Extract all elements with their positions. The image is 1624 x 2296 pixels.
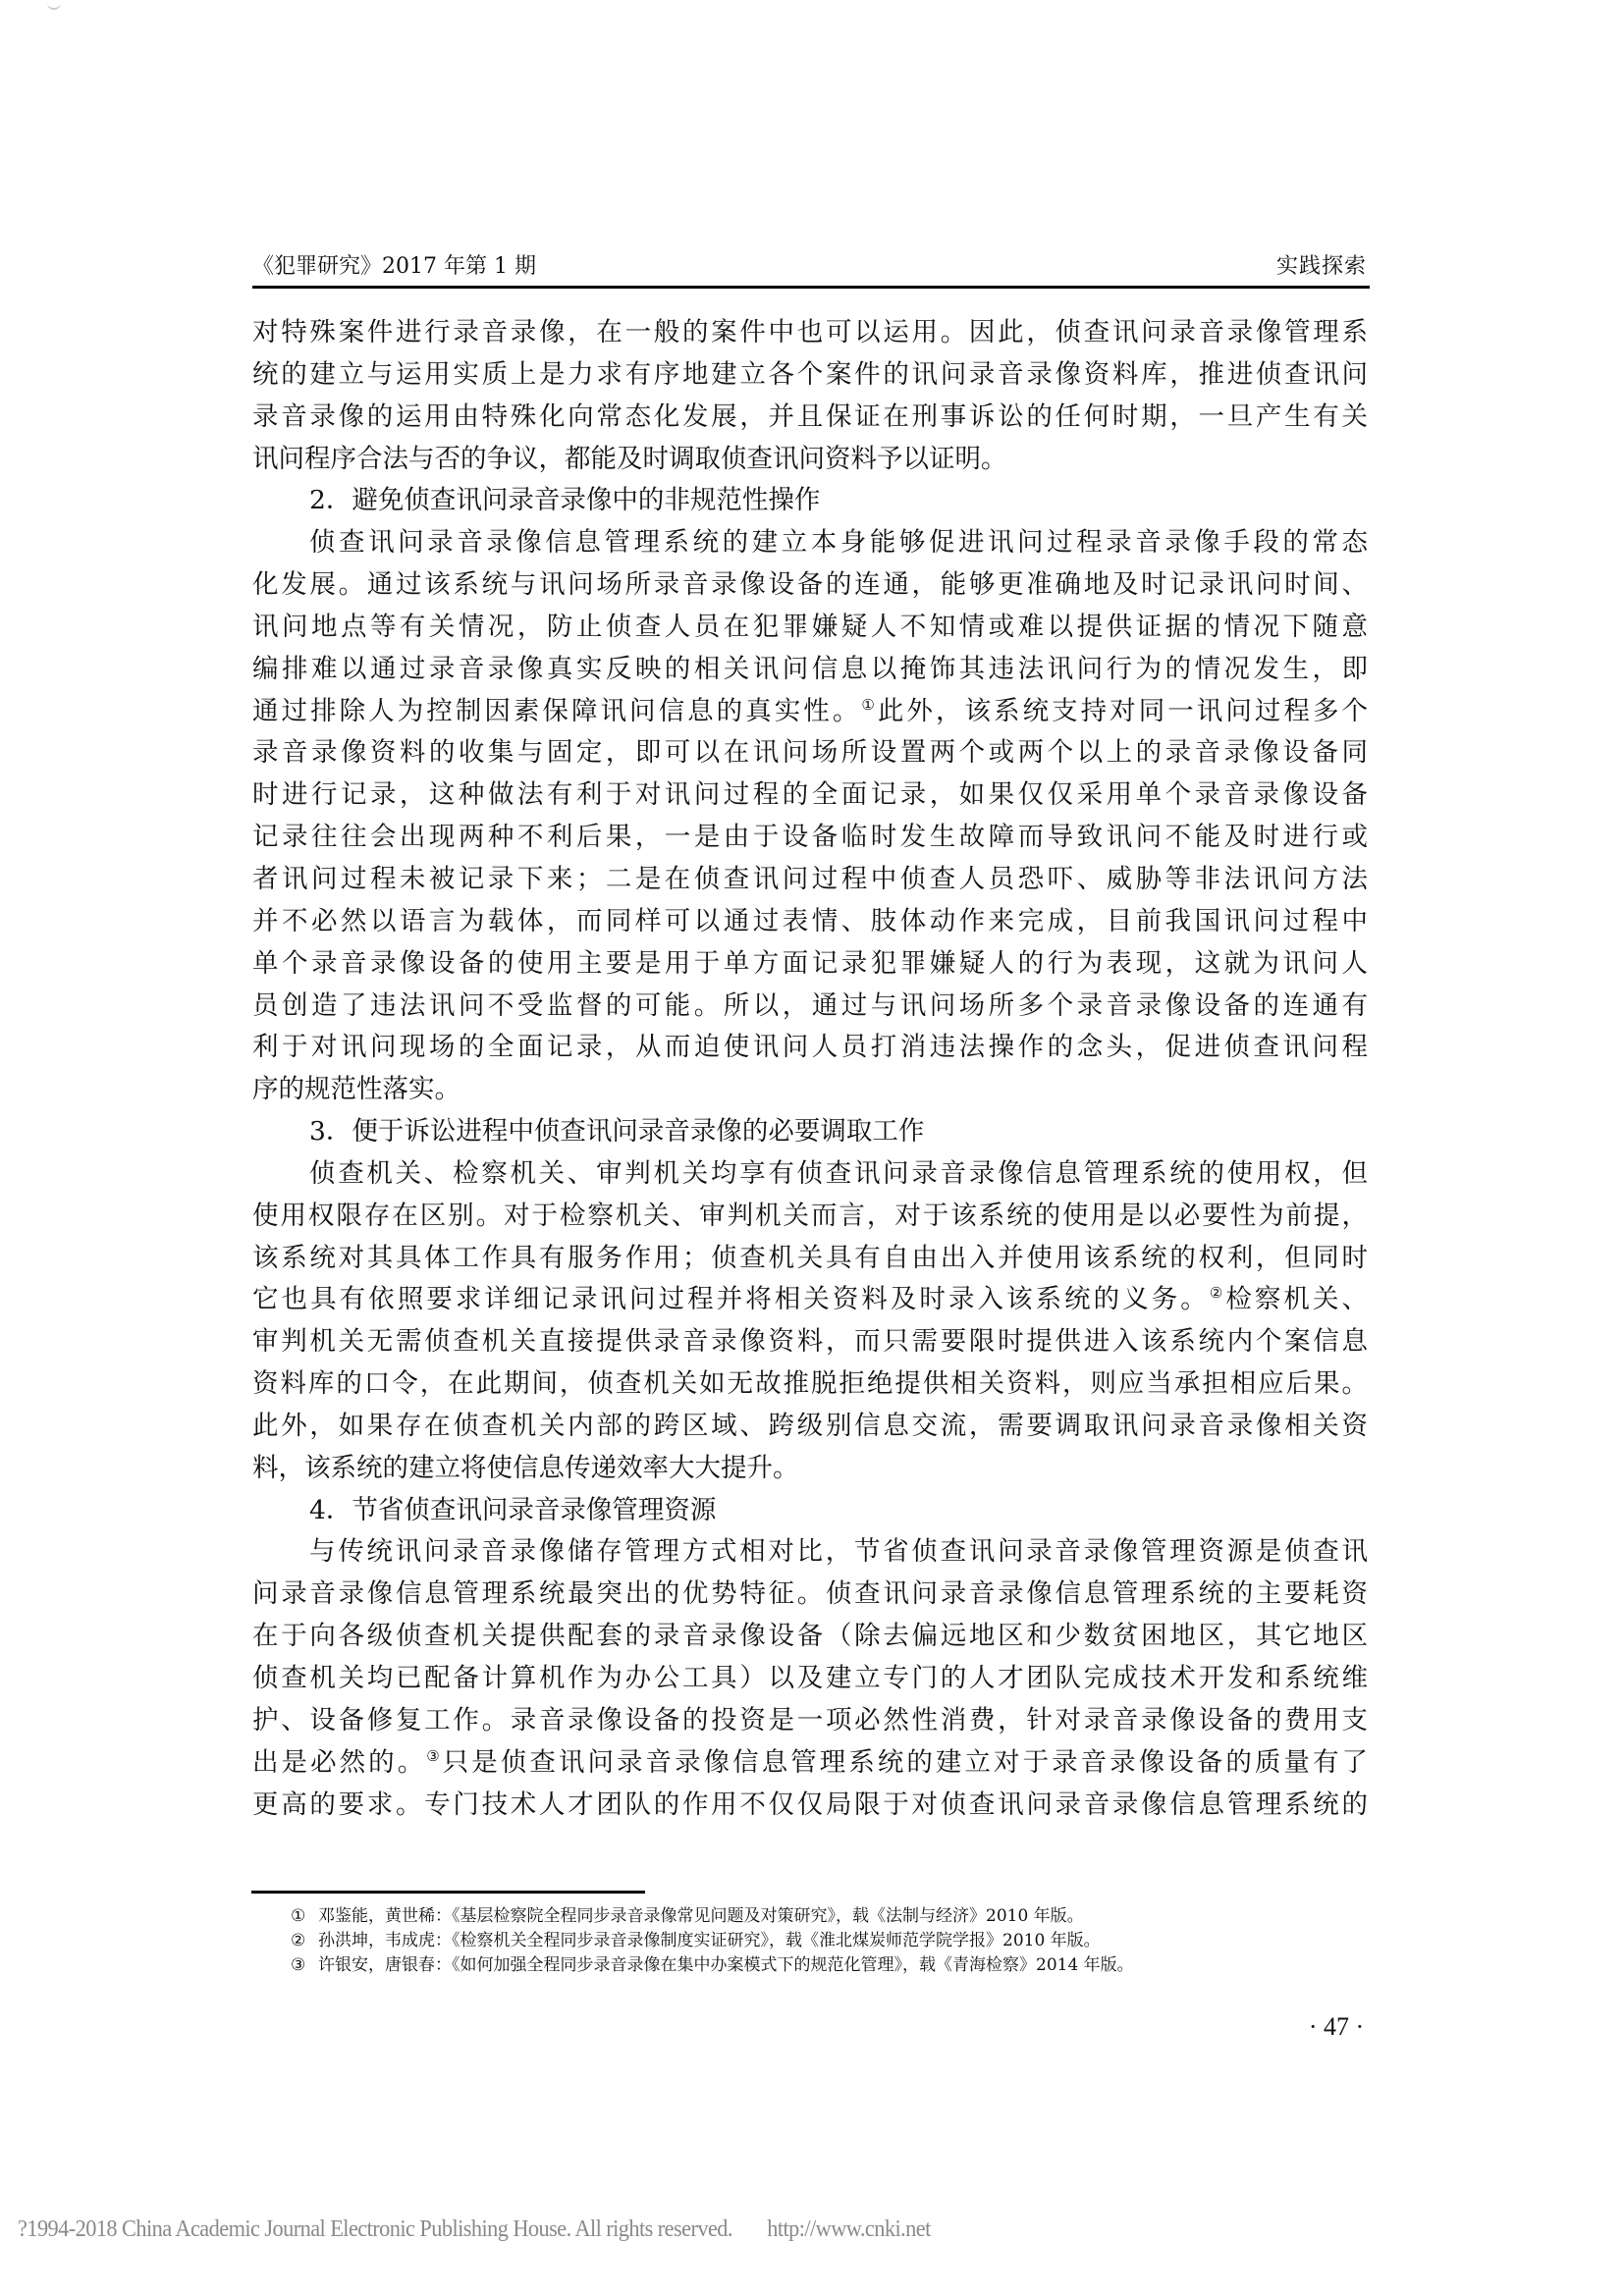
footnote-text: 孙洪坤，韦成虎：《检察机关全程同步录音录像制度实证研究》，载《淮北煤炭师范学院学… bbox=[318, 1931, 1101, 1950]
footnotes: ①邓鉴能，黄世稀：《基层检察院全程同步录音录像常见问题及对策研究》，载《法制与经… bbox=[291, 1904, 1134, 1978]
body-line: 侦查讯问录音录像信息管理系统的建立本身能够促进讯问过程录音录像手段的常态 bbox=[252, 522, 1368, 564]
scan-artifact bbox=[47, 0, 61, 10]
body-line: 编排难以通过录音录像真实反映的相关讯问信息以掩饰其违法讯问行为的情况发生，即 bbox=[252, 649, 1368, 691]
footnote-ref[interactable]: ③ bbox=[426, 1747, 443, 1765]
body-line: 时进行记录，这种做法有利于对讯问过程的全面记录，如果仅仅采用单个录音录像设备 bbox=[252, 774, 1368, 817]
body-line: 记录往往会出现两种不利后果，一是由于设备临时发生故障而导致讯问不能及时进行或 bbox=[252, 817, 1368, 859]
body-line: 讯问程序合法与否的争议，都能及时调取侦查讯问资料予以证明。 bbox=[252, 439, 1368, 481]
body-line: 资料库的口令，在此期间，侦查机关如无故推脱拒绝提供相关资料，则应当承担相应后果。 bbox=[252, 1363, 1368, 1406]
body-line: 者讯问过程未被记录下来；二是在侦查讯问过程中侦查人员恐吓、威胁等非法讯问方法 bbox=[252, 859, 1368, 901]
body-line: 该系统对其具体工作具有服务作用；侦查机关具有自由出入并使用该系统的权利，但同时 bbox=[252, 1238, 1368, 1280]
footnote-mark: ③ bbox=[291, 1953, 318, 1978]
copyright-footer: ?1994-2018 China Academic Journal Electr… bbox=[18, 2216, 931, 2243]
body-text: 对特殊案件进行录音录像，在一般的案件中也可以运用。因此，侦查讯问录音录像管理系统… bbox=[252, 312, 1368, 1826]
footnote-mark: ① bbox=[291, 1904, 318, 1929]
body-line: 侦查机关均已配备计算机作为办公工具）以及建立专门的人才团队完成技术开发和系统维 bbox=[252, 1658, 1368, 1700]
section-title: 实践探索 bbox=[1276, 253, 1367, 281]
body-line: 在于向各级侦查机关提供配套的录音录像设备（除去偏远地区和少数贫困地区，其它地区 bbox=[252, 1616, 1368, 1658]
body-line: 审判机关无需侦查机关直接提供录音录像资料，而只需要限时提供进入该系统内个案信息 bbox=[252, 1321, 1368, 1363]
body-line: 此外，如果存在侦查机关内部的跨区域、跨级别信息交流，需要调取讯问录音录像相关资 bbox=[252, 1406, 1368, 1448]
body-line: 讯问地点等有关情况，防止侦查人员在犯罪嫌疑人不知情或难以提供证据的情况下随意 bbox=[252, 607, 1368, 649]
body-line: 问录音录像信息管理系统最突出的优势特征。侦查讯问录音录像信息管理系统的主要耗资 bbox=[252, 1574, 1368, 1616]
body-line: 录音录像的运用由特殊化向常态化发展，并且保证在刑事诉讼的任何时期，一旦产生有关 bbox=[252, 397, 1368, 439]
body-line: 更高的要求。专门技术人才团队的作用不仅仅局限于对侦查讯问录音录像信息管理系统的 bbox=[252, 1785, 1368, 1827]
running-head: 《犯罪研究》2017 年第 1 期 实践探索 bbox=[252, 253, 1367, 283]
body-line: 它也具有依照要求详细记录讯问过程并将相关资料及时录入该系统的义务。②检察机关、 bbox=[252, 1279, 1368, 1321]
header-rule bbox=[252, 286, 1370, 289]
body-line: 料，该系统的建立将使信息传递效率大大提升。 bbox=[252, 1448, 1368, 1490]
body-line: 单个录音录像设备的使用主要是用于单方面记录犯罪嫌疑人的行为表现，这就为讯问人 bbox=[252, 943, 1368, 986]
footnote-ref[interactable]: ① bbox=[861, 696, 878, 714]
footnote-item: ③许银安，唐银春：《如何加强全程同步录音录像在集中办案模式下的规范化管理》，载《… bbox=[291, 1953, 1134, 1978]
body-line: 护、设备修复工作。录音录像设备的投资是一项必然性消费，针对录音录像设备的费用支 bbox=[252, 1700, 1368, 1742]
body-line: 使用权限存在区别。对于检察机关、审判机关而言，对于该系统的使用是以必要性为前提， bbox=[252, 1196, 1368, 1238]
body-line: 通过排除人为控制因素保障讯问信息的真实性。①此外，该系统支持对同一讯问过程多个 bbox=[252, 691, 1368, 733]
journal-issue: 《犯罪研究》2017 年第 1 期 bbox=[252, 253, 536, 281]
page-number: · 47 · bbox=[1304, 2012, 1369, 2042]
body-line: 员创造了违法讯问不受监督的可能。所以，通过与讯问场所多个录音录像设备的连通有 bbox=[252, 986, 1368, 1028]
section-heading: 4．节省侦查讯问录音录像管理资源 bbox=[252, 1490, 1368, 1532]
body-line: 侦查机关、检察机关、审判机关均享有侦查讯问录音录像信息管理系统的使用权，但 bbox=[252, 1153, 1368, 1196]
footnote-text: 邓鉴能，黄世稀：《基层检察院全程同步录音录像常见问题及对策研究》，载《法制与经济… bbox=[318, 1906, 1084, 1926]
body-line: 并不必然以语言为载体，而同样可以通过表情、肢体动作来完成，目前我国讯问过程中 bbox=[252, 901, 1368, 943]
body-line: 与传统讯问录音录像储存管理方式相对比，节省侦查讯问录音录像管理资源是侦查讯 bbox=[252, 1531, 1368, 1574]
body-line: 利于对讯问现场的全面记录，从而迫使讯问人员打消违法操作的念头，促进侦查讯问程 bbox=[252, 1027, 1368, 1069]
body-line: 统的建立与运用实质上是力求有序地建立各个案件的讯问录音录像资料库，推进侦查讯问 bbox=[252, 354, 1368, 397]
cnki-link[interactable]: http://www.cnki.net bbox=[767, 2216, 930, 2242]
body-line: 化发展。通过该系统与讯问场所录音录像设备的连通，能够更准确地及时记录讯问时间、 bbox=[252, 564, 1368, 607]
body-line: 序的规范性落实。 bbox=[252, 1069, 1368, 1111]
section-heading: 3．便于诉讼进程中侦查讯问录音录像的必要调取工作 bbox=[252, 1111, 1368, 1153]
copyright-text: ?1994-2018 China Academic Journal Electr… bbox=[18, 2216, 732, 2242]
footnote-item: ②孙洪坤，韦成虎：《检察机关全程同步录音录像制度实证研究》，载《淮北煤炭师范学院… bbox=[291, 1929, 1134, 1953]
section-heading: 2．避免侦查讯问录音录像中的非规范性操作 bbox=[252, 480, 1368, 522]
body-line: 录音录像资料的收集与固定，即可以在讯问场所设置两个或两个以上的录音录像设备同 bbox=[252, 732, 1368, 774]
footnote-mark: ② bbox=[291, 1929, 318, 1953]
footnote-rule bbox=[251, 1891, 645, 1894]
body-line: 对特殊案件进行录音录像，在一般的案件中也可以运用。因此，侦查讯问录音录像管理系 bbox=[252, 312, 1368, 354]
footnote-item: ①邓鉴能，黄世稀：《基层检察院全程同步录音录像常见问题及对策研究》，载《法制与经… bbox=[291, 1904, 1134, 1929]
body-line: 出是必然的。③只是侦查讯问录音录像信息管理系统的建立对于录音录像设备的质量有了 bbox=[252, 1742, 1368, 1785]
footnote-ref[interactable]: ② bbox=[1210, 1284, 1226, 1302]
footnote-text: 许银安，唐银春：《如何加强全程同步录音录像在集中办案模式下的规范化管理》，载《青… bbox=[318, 1955, 1134, 1975]
